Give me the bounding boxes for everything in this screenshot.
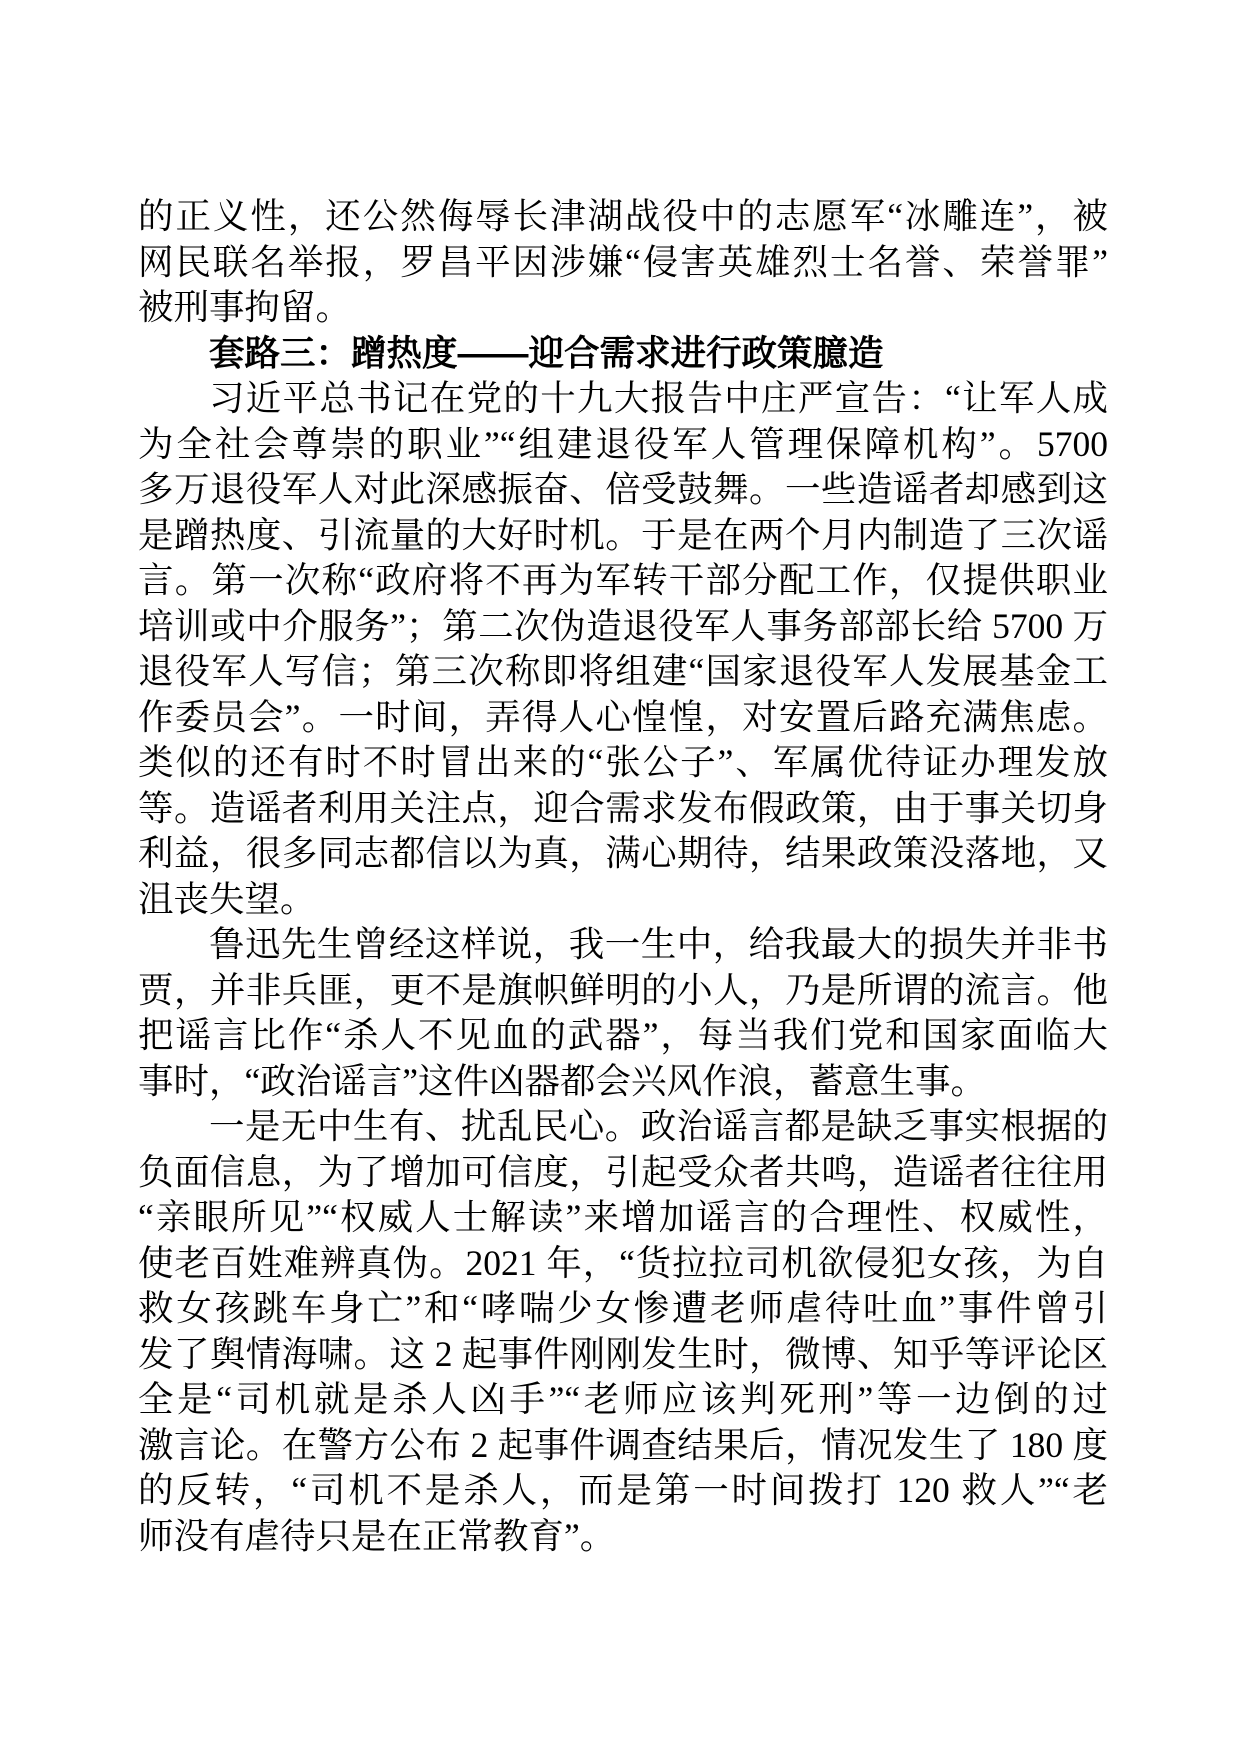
text-line: 的反转，“司机不是杀人，而是第一时间拨打 120 救人”“老 <box>138 1468 1108 1514</box>
text-line: 退役军人写信；第三次称即将组建“国家退役军人发展基金工 <box>138 649 1108 695</box>
paragraph-continuation: 的正义性，还公然侮辱长津湖战役中的志愿军“冰雕连”，被 网民联名举报，罗昌平因涉… <box>138 194 1108 331</box>
text-line: 师没有虐待只是在正常教育”。 <box>138 1514 1108 1560</box>
text-line: 利益，很多同志都信以为真，满心期待，结果政策没落地，又 <box>138 831 1108 877</box>
text-line: 事时，“政治谣言”这件凶器都会兴风作浪，蓄意生事。 <box>138 1059 1108 1105</box>
text-line: 被刑事拘留。 <box>138 285 1108 331</box>
text-line: 把谣言比作“杀人不见血的武器”，每当我们党和国家面临大 <box>138 1013 1108 1059</box>
paragraph-policy-rumors: 习近平总书记在党的十九大报告中庄严宣告：“让军人成 为全社会尊崇的职业”“组建退… <box>138 376 1108 922</box>
text-line: 多万退役军人对此深感振奋、倍受鼓舞。一些造谣者却感到这 <box>138 467 1108 513</box>
document-body: 的正义性，还公然侮辱长津湖战役中的志愿军“冰雕连”，被 网民联名举报，罗昌平因涉… <box>138 194 1108 1559</box>
paragraph-point-one: 一是无中生有、扰乱民心。政治谣言都是缺乏事实根据的 负面信息，为了增加可信度，引… <box>138 1104 1108 1559</box>
section-heading-block: 套路三：蹭热度——迎合需求进行政策臆造 <box>138 331 1108 377</box>
text-line: 言。第一次称“政府将不再为军转干部分配工作，仅提供职业 <box>138 558 1108 604</box>
text-line: 发了舆情海啸。这 2 起事件刚刚发生时，微博、知乎等评论区 <box>138 1332 1108 1378</box>
text-line: 救女孩跳车身亡”和“哮喘少女惨遭老师虐待吐血”事件曾引 <box>138 1286 1108 1332</box>
section-heading: 套路三：蹭热度——迎合需求进行政策臆造 <box>138 331 1108 377</box>
text-line: 习近平总书记在党的十九大报告中庄严宣告：“让军人成 <box>138 376 1108 422</box>
text-line: 等。造谣者利用关注点，迎合需求发布假政策，由于事关切身 <box>138 786 1108 832</box>
text-line: 培训或中介服务”；第二次伪造退役军人事务部部长给 5700 万 <box>138 604 1108 650</box>
paragraph-luxun-quote: 鲁迅先生曾经这样说，我一生中，给我最大的损失并非书 贾，并非兵匪，更不是旗帜鲜明… <box>138 922 1108 1104</box>
text-line: 类似的还有时不时冒出来的“张公子”、军属优待证办理发放 <box>138 740 1108 786</box>
text-line: 激言论。在警方公布 2 起事件调查结果后，情况发生了 180 度 <box>138 1423 1108 1469</box>
document-page: 的正义性，还公然侮辱长津湖战役中的志愿军“冰雕连”，被 网民联名举报，罗昌平因涉… <box>0 0 1240 1754</box>
text-line: 是蹭热度、引流量的大好时机。于是在两个月内制造了三次谣 <box>138 513 1108 559</box>
text-line: 全是“司机就是杀人凶手”“老师应该判死刑”等一边倒的过 <box>138 1377 1108 1423</box>
text-line: 鲁迅先生曾经这样说，我一生中，给我最大的损失并非书 <box>138 922 1108 968</box>
text-line: 负面信息，为了增加可信度，引起受众者共鸣，造谣者往往用 <box>138 1150 1108 1196</box>
text-line: 贾，并非兵匪，更不是旗帜鲜明的小人，乃是所谓的流言。他 <box>138 968 1108 1014</box>
text-line: 网民联名举报，罗昌平因涉嫌“侵害英雄烈士名誉、荣誉罪” <box>138 240 1108 286</box>
text-line: 作委员会”。一时间，弄得人心惶惶，对安置后路充满焦虑。 <box>138 695 1108 741</box>
text-line: 的正义性，还公然侮辱长津湖战役中的志愿军“冰雕连”，被 <box>138 194 1108 240</box>
text-line: 使老百姓难辨真伪。2021 年，“货拉拉司机欲侵犯女孩，为自 <box>138 1241 1108 1287</box>
text-line: 一是无中生有、扰乱民心。政治谣言都是缺乏事实根据的 <box>138 1104 1108 1150</box>
text-line: “亲眼所见”“权威人士解读”来增加谣言的合理性、权威性， <box>138 1195 1108 1241</box>
text-line: 为全社会尊崇的职业”“组建退役军人管理保障机构”。5700 <box>138 422 1108 468</box>
text-line: 沮丧失望。 <box>138 877 1108 923</box>
